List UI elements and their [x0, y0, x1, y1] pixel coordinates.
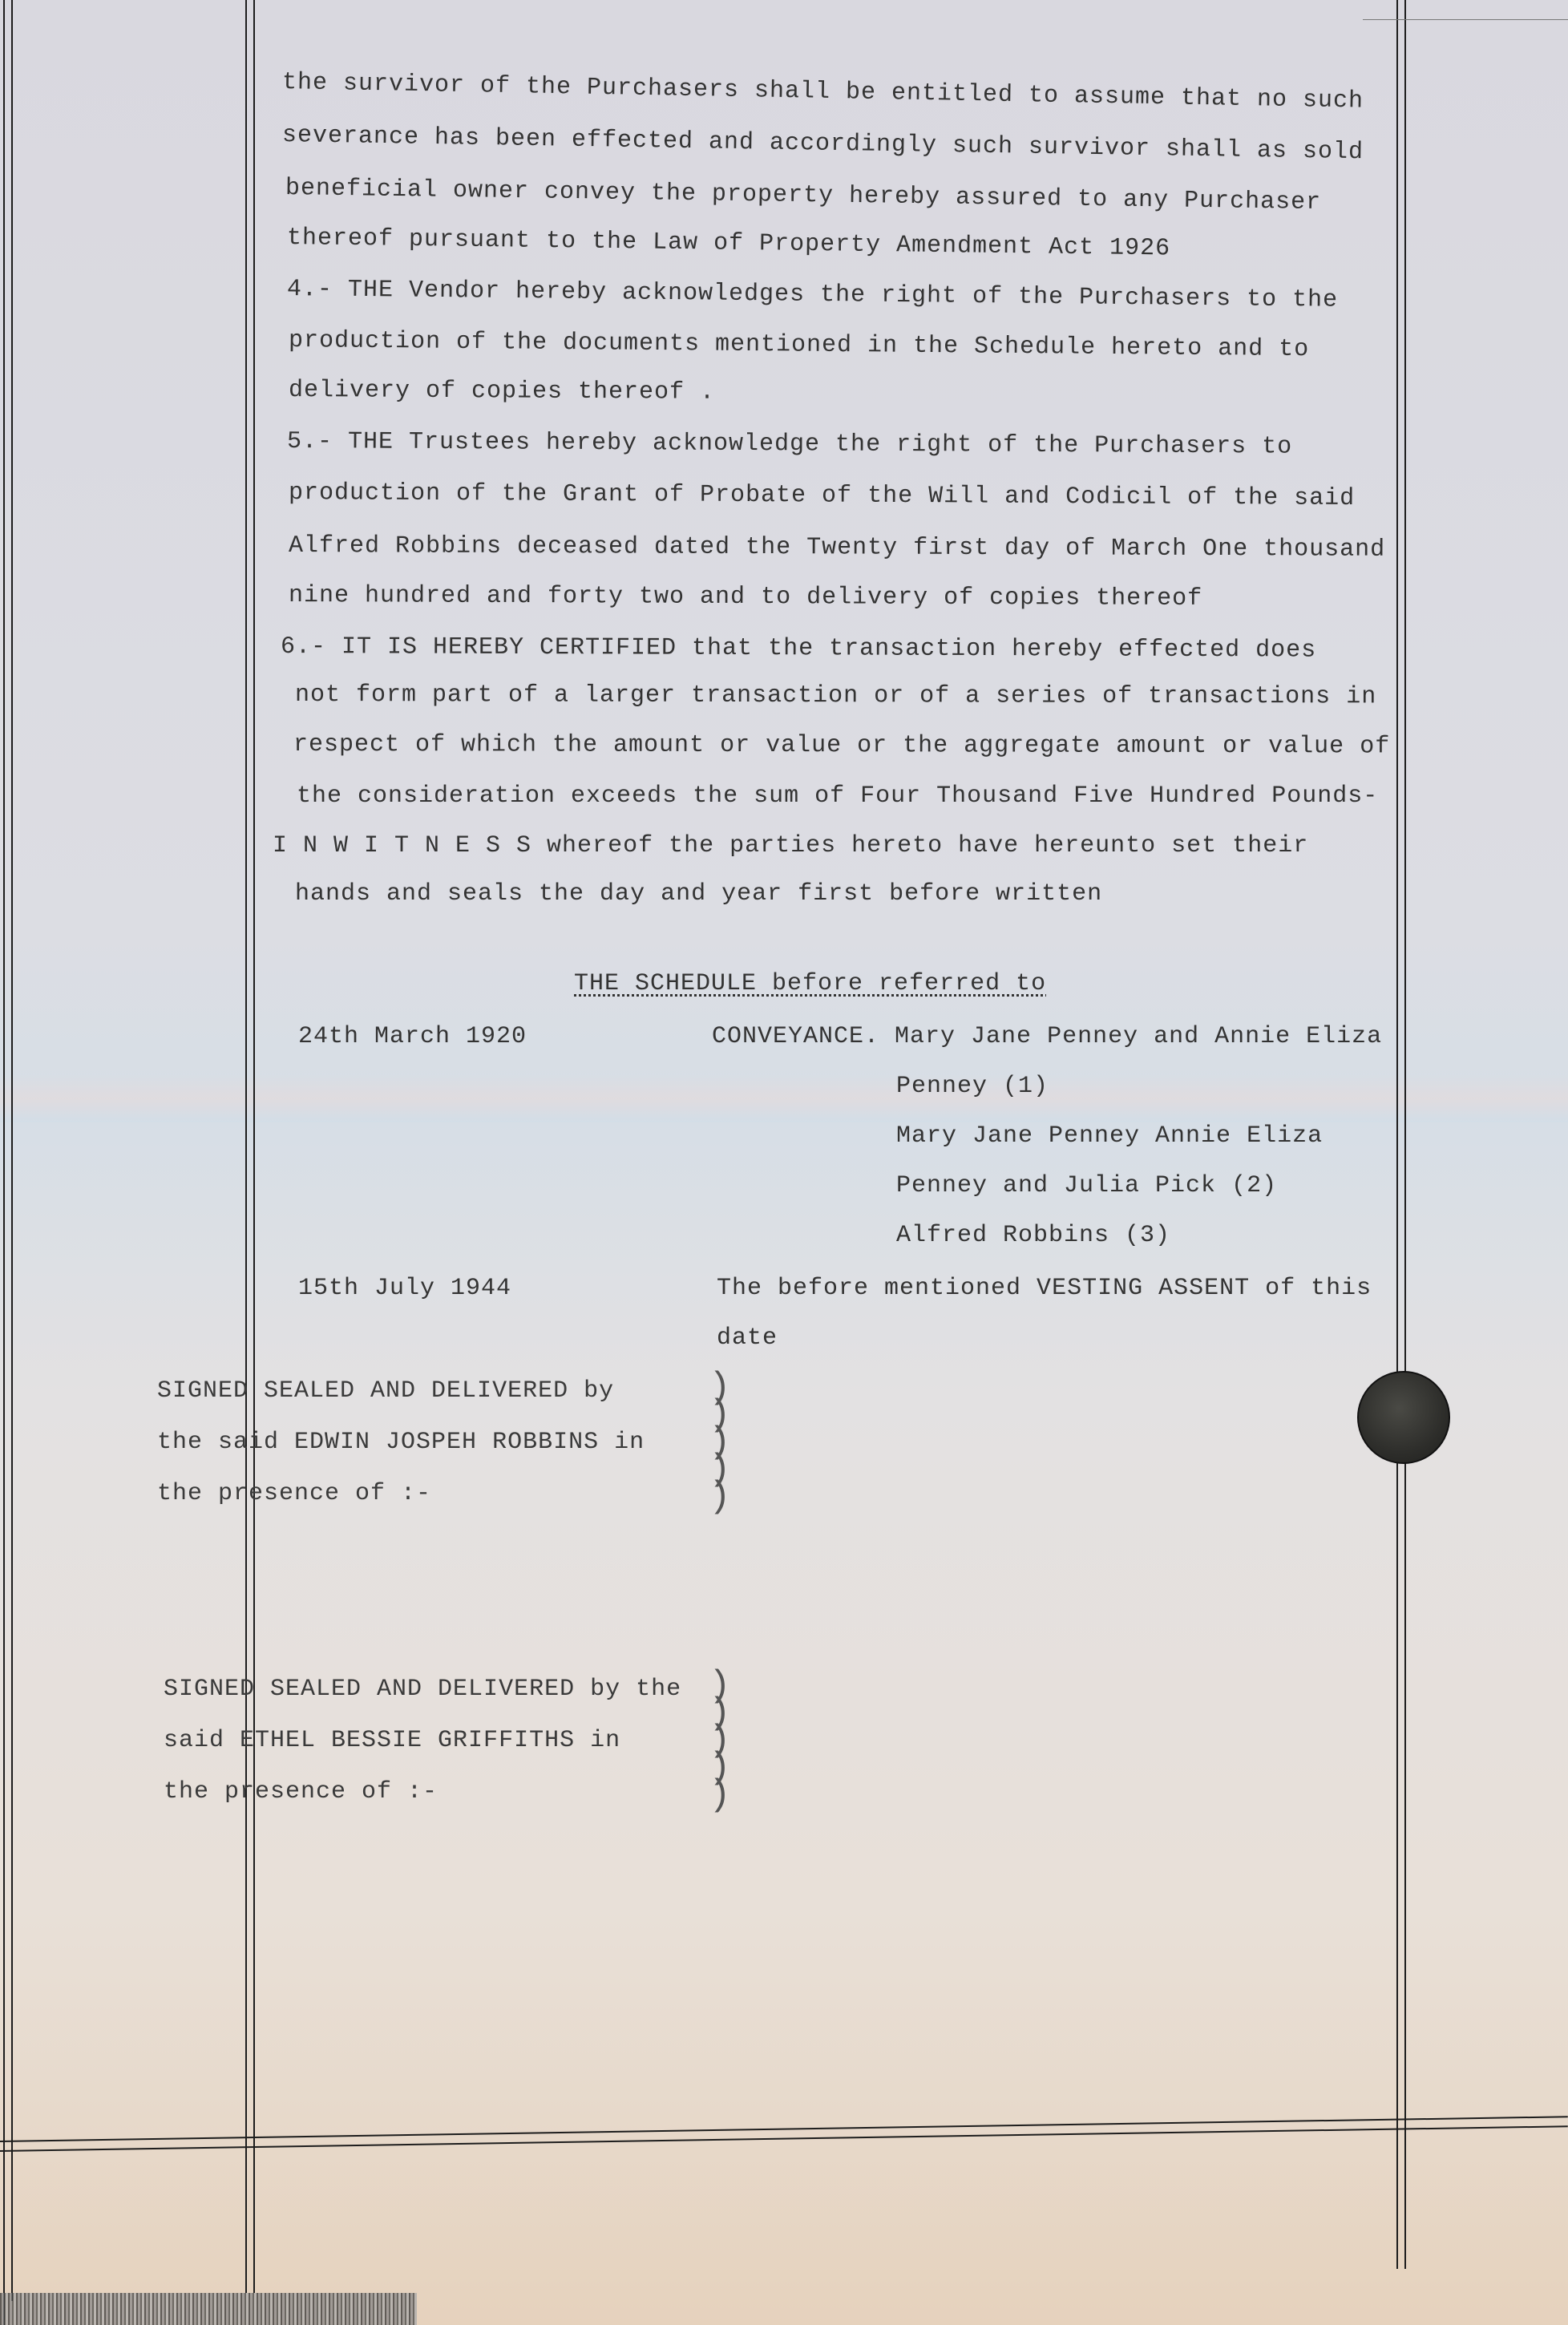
copy-noise: [0, 2293, 417, 2325]
schedule-heading: THE SCHEDULE before referred to: [574, 970, 1046, 997]
schedule-description-line: Penney (1): [896, 1073, 1049, 1100]
schedule-description-line: Penney and Julia Pick (2): [896, 1172, 1277, 1199]
signature-line: SIGNED SEALED AND DELIVERED by: [157, 1377, 614, 1405]
left-edge-rule: [3, 0, 5, 2325]
schedule-date: 24th March 1920: [298, 1023, 527, 1050]
left-margin-rule-inner: [253, 0, 255, 2293]
signature-line: the presence of :-: [157, 1480, 431, 1507]
body-line: 5.- THE Trustees hereby acknowledge the …: [287, 428, 1292, 461]
signature-line: the said EDWIN JOSPEH ROBBINS in: [157, 1429, 645, 1456]
body-line: hands and seals the day and year first b…: [295, 880, 1102, 908]
right-margin-rule-inner: [1404, 0, 1406, 2269]
body-line: the consideration exceeds the sum of Fou…: [297, 782, 1378, 810]
top-dotted-rule: [1363, 19, 1568, 20]
body-line: 6.- IT IS HEREBY CERTIFIED that the tran…: [281, 633, 1316, 665]
wax-seal-icon: [1357, 1371, 1450, 1464]
body-line: the survivor of the Purchasers shall be …: [282, 69, 1364, 115]
body-line: production of the Grant of Probate of th…: [289, 479, 1355, 512]
schedule-description-line: Mary Jane Penney Annie Eliza: [896, 1122, 1323, 1150]
body-line: thereof pursuant to the Law of Property …: [287, 224, 1171, 262]
body-line: respect of which the amount or value or …: [293, 731, 1390, 760]
body-line: not form part of a larger transaction or…: [295, 681, 1376, 710]
schedule-description-line: Alfred Robbins (3): [896, 1222, 1170, 1249]
left-margin-rule: [245, 0, 247, 2293]
schedule-description-line: date: [717, 1324, 778, 1352]
body-line: 4.- THE Vendor hereby acknowledges the r…: [287, 276, 1338, 314]
signature-line: said ETHEL BESSIE GRIFFITHS in: [164, 1727, 620, 1754]
right-margin-rule: [1396, 0, 1398, 2269]
body-line: I N W I T N E S S whereof the parties he…: [273, 832, 1308, 859]
schedule-description-line: CONVEYANCE. Mary Jane Penney and Annie E…: [712, 1023, 1382, 1050]
brace-icon: ))))): [709, 1672, 731, 1809]
body-line: nine hundred and forty two and to delive…: [289, 582, 1202, 613]
body-line: production of the documents mentioned in…: [289, 327, 1309, 363]
left-edge-rule-inner: [11, 0, 13, 2301]
schedule-date: 15th July 1944: [298, 1275, 511, 1302]
body-line: severance has been effected and accordin…: [282, 122, 1364, 166]
body-line: Alfred Robbins deceased dated the Twenty…: [289, 532, 1385, 564]
brace-icon: ))))): [709, 1374, 731, 1510]
signature-line: SIGNED SEALED AND DELIVERED by the: [164, 1676, 681, 1703]
paper-fold: [0, 1074, 1568, 1122]
signature-line: the presence of :-: [164, 1778, 438, 1805]
body-line: beneficial owner convey the property her…: [285, 175, 1322, 216]
body-line: delivery of copies thereof .: [289, 377, 715, 406]
schedule-description-line: The before mentioned VESTING ASSENT of t…: [717, 1275, 1372, 1302]
